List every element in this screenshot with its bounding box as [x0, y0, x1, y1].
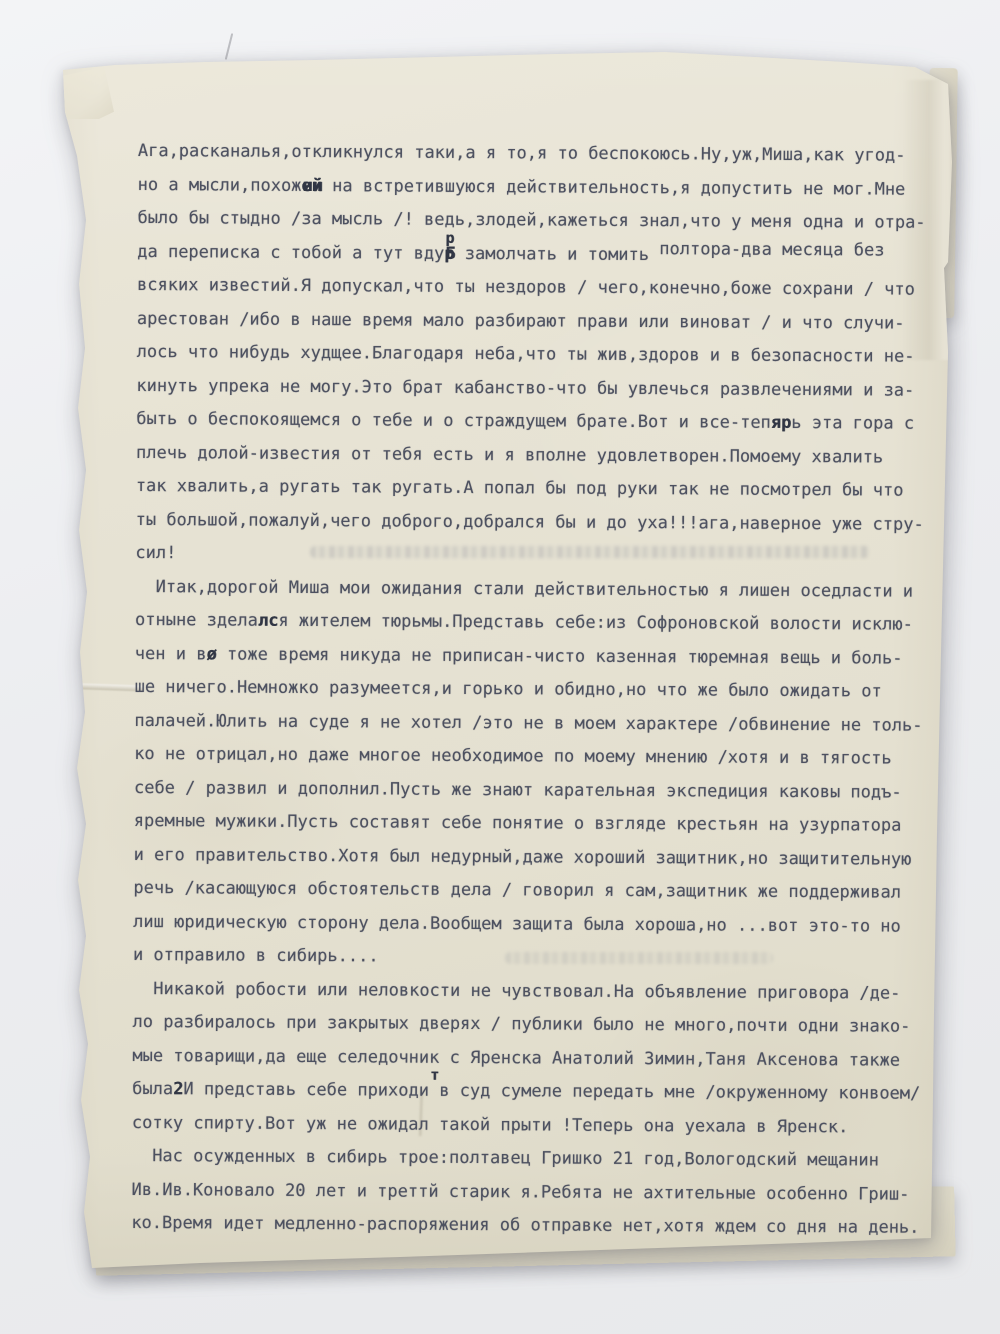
typed-line-29: была2И представь себе приходи тв суд сум… — [132, 1073, 920, 1111]
typed-line-10: плечь долой-известия от тебя есть и я вп… — [136, 436, 924, 474]
typed-line-17: ше ничего.Немножко разумеется,и горько и… — [135, 671, 923, 709]
typed-line-32: Ив.Ив.Коновало 20 лет и треттй старик я.… — [131, 1173, 919, 1211]
typed-line-15: отныне зделался жителем тюрьмы.Представь… — [135, 604, 923, 642]
typed-line-13: сил! — [135, 537, 923, 575]
typed-line-20: себе / развил и дополнил.Пусть же знают … — [134, 771, 922, 809]
backdrop-scratch — [225, 33, 233, 60]
typed-line-1: Ага,расканалья,откликнулся таки,а я то,я… — [138, 135, 926, 173]
typed-line-21: яремные мужики.Пусть составят себе понят… — [134, 805, 922, 843]
typed-line-22: и его правительство.Хотя был недурный,да… — [133, 838, 921, 876]
typed-line-28: мые товарищи,да еще селедочник с Яренска… — [132, 1039, 920, 1077]
typed-line-4: да переписка с тобой а тут вдурБр замолч… — [137, 235, 925, 273]
typed-line-18: палачей.Юлить на суде я не хотел /это не… — [134, 704, 922, 742]
typed-line-26: Никакой робости или неловкости не чувств… — [133, 972, 921, 1010]
typed-line-27: ло разбиралось при закрытых дверях / пуб… — [132, 1006, 920, 1044]
typed-line-24: лиш юридическую сторону дела.Вообщем защ… — [133, 905, 921, 943]
typed-line-8: кинуть упрека не могу.Это брат кабанство… — [136, 369, 924, 407]
typed-line-9: быть о беспокоящемся о тебе и о страждущ… — [136, 403, 924, 441]
typed-line-12: ты большой,пожалуй,чего доброго,добрался… — [136, 503, 924, 541]
typed-line-16: чен и вø тоже время никуда не приписан-ч… — [135, 637, 923, 675]
typed-line-11: так хвалить,а ругать так ругать.А попал … — [136, 470, 924, 508]
typed-line-30: сотку спирту.Вот уж не ожидал такой прыт… — [132, 1106, 920, 1144]
document-photo: Ага,расканалья,откликнулся таки,а я то,я… — [0, 0, 1000, 1334]
typed-line-7: лось что нибудь худщее.Благодаря неба,чт… — [137, 336, 925, 374]
typed-line-33: ко.Время идет медленно-распоряжения об о… — [131, 1207, 919, 1245]
typed-line-6: арестован /ибо в наше время мало разбира… — [137, 302, 925, 340]
typed-line-19: ко не отрицал,но даже многое необходимое… — [134, 738, 922, 776]
typed-line-25: и отправило в сибирь.... — [133, 939, 921, 977]
typed-line-14: Итак,дорогой Миша мои ожидания стали дей… — [135, 570, 923, 608]
corner-fold — [60, 67, 114, 119]
typed-line-2: но а мысли,похожейий на встретившуюся де… — [138, 168, 926, 206]
typed-line-5: всяких известий.Я допускал,что ты нездор… — [137, 269, 925, 307]
typed-line-23: речь /касающуюся обстоятельств дела / го… — [133, 872, 921, 910]
typed-line-31: Нас осужденных в сибирь трое:полтавец Гр… — [132, 1140, 920, 1178]
typed-text: Ага,расканалья,откликнулся таки,а я то,я… — [131, 135, 926, 1245]
paper-crease — [56, 682, 144, 691]
